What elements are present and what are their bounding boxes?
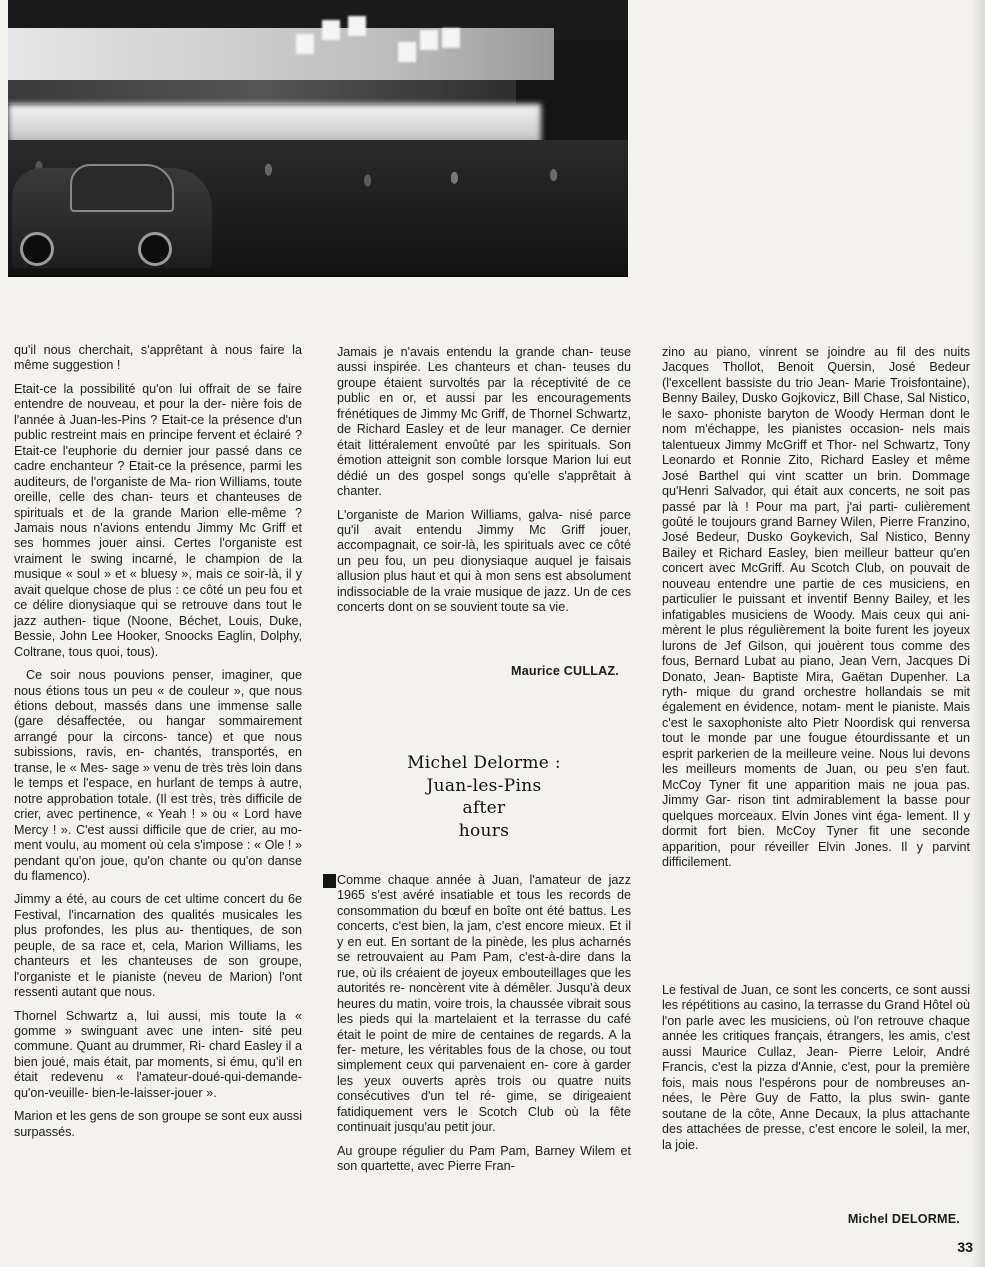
article-start-square-icon — [323, 874, 336, 888]
paragraph: L'organiste de Marion Williams, galva- n… — [337, 508, 631, 616]
author-signature-cullaz: Maurice CULLAZ. — [337, 664, 619, 678]
paragraph: Etait-ce la possibilité qu'on lui offrai… — [14, 382, 302, 660]
paragraph: Ce soir nous pouvions penser, imaginer, … — [14, 668, 302, 884]
paragraph: Comme chaque année à Juan, l'amateur de … — [337, 873, 631, 1136]
paragraph: zino au piano, vinrent se joindre au fil… — [662, 345, 970, 870]
photo-car — [12, 168, 212, 268]
photo-lamp — [296, 34, 314, 54]
article2-column-2: Comme chaque année à Juan, l'amateur de … — [337, 873, 631, 1183]
paragraph: Au groupe régulier du Pam Pam, Barney Wi… — [337, 1144, 631, 1175]
paragraph: Jamais je n'avais entendu la grande chan… — [337, 345, 631, 500]
paragraph: Le festival de Juan, ce sont les concert… — [662, 983, 970, 1153]
paragraph: Marion et les gens de son groupe se sont… — [14, 1109, 302, 1140]
concert-crowd-photo — [8, 0, 628, 277]
photo-lamp — [420, 30, 438, 50]
photo-car-roof — [70, 164, 174, 212]
photo-lamp — [398, 42, 416, 62]
paragraph: Thornel Schwartz a, lui aussi, mis toute… — [14, 1009, 302, 1102]
photo-lamp — [442, 28, 460, 48]
title-line: hours — [337, 820, 631, 843]
article2-closing: Le festival de Juan, ce sont les concert… — [662, 983, 970, 1153]
photo-building-facade — [8, 28, 554, 80]
paragraph: qu'il nous cherchait, s'apprêtant à nous… — [14, 343, 302, 374]
photo-car-wheel — [20, 232, 54, 266]
article1-column-2: Jamais je n'avais entendu la grande chan… — [337, 345, 631, 624]
title-line: Michel Delorme : — [337, 752, 631, 775]
title-line: Juan-les-Pins — [337, 775, 631, 798]
article1-column-1: qu'il nous cherchait, s'apprêtant à nous… — [14, 343, 302, 1148]
photo-car-wheel — [138, 232, 172, 266]
article2-column-3: zino au piano, vinrent se joindre au fil… — [662, 345, 970, 878]
page-edge-shadow — [971, 0, 985, 1267]
paragraph: Jimmy a été, au cours de cet ultime conc… — [14, 892, 302, 1000]
title-line: after — [337, 797, 631, 820]
photo-canopy — [8, 80, 516, 104]
photo-lamp — [348, 16, 366, 36]
article2-title: Michel Delorme : Juan-les-Pins after hou… — [337, 752, 631, 842]
photo-lamp — [322, 20, 340, 40]
author-signature-delorme: Michel DELORME. — [662, 1212, 960, 1226]
